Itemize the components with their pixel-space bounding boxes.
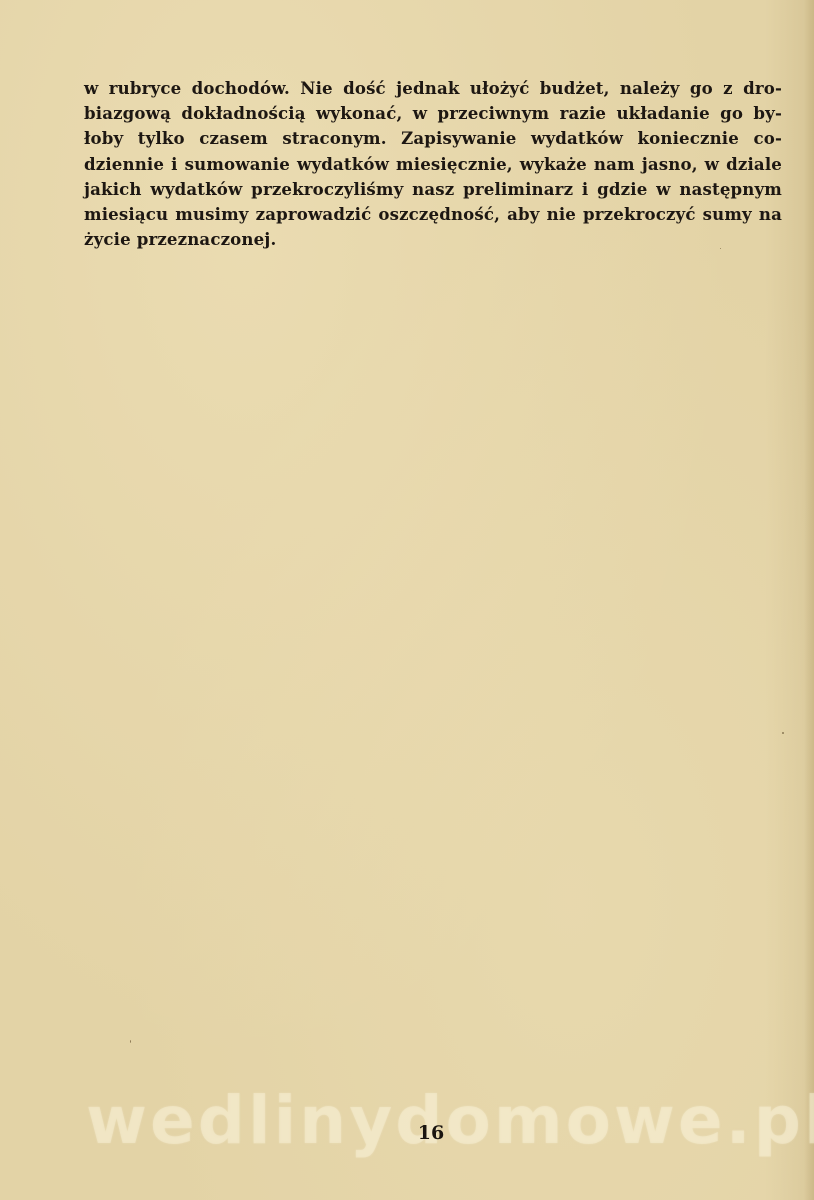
paper-speck: [130, 1040, 131, 1043]
watermark-text: wedlinydomowe.pl: [86, 1082, 736, 1159]
paragraph-line: biazgową dokładnością wykonać, w przeciw…: [84, 101, 782, 126]
page-number: 16: [0, 1122, 814, 1144]
paragraph-line: w rubryce dochodów. Nie dość jednak ułoż…: [84, 76, 782, 101]
paragraph-line: jakich wydatków przekroczyliśmy nasz pre…: [84, 177, 782, 202]
paper-speck: [782, 732, 784, 734]
paragraph-line-last: życie przeznaczonej.: [84, 227, 782, 252]
book-page: w rubryce dochodów. Nie dość jednak ułoż…: [0, 0, 814, 1200]
paper-speck: [720, 248, 721, 249]
page-edge-shadow: [804, 0, 814, 1200]
paragraph-line: łoby tylko czasem straconym. Zapisywanie…: [84, 126, 782, 151]
paragraph-line: dziennie i sumowanie wydatków miesięczni…: [84, 152, 782, 177]
paragraph-line: miesiącu musimy zaprowadzić oszczędność,…: [84, 202, 782, 227]
body-paragraph: w rubryce dochodów. Nie dość jednak ułoż…: [84, 76, 782, 252]
